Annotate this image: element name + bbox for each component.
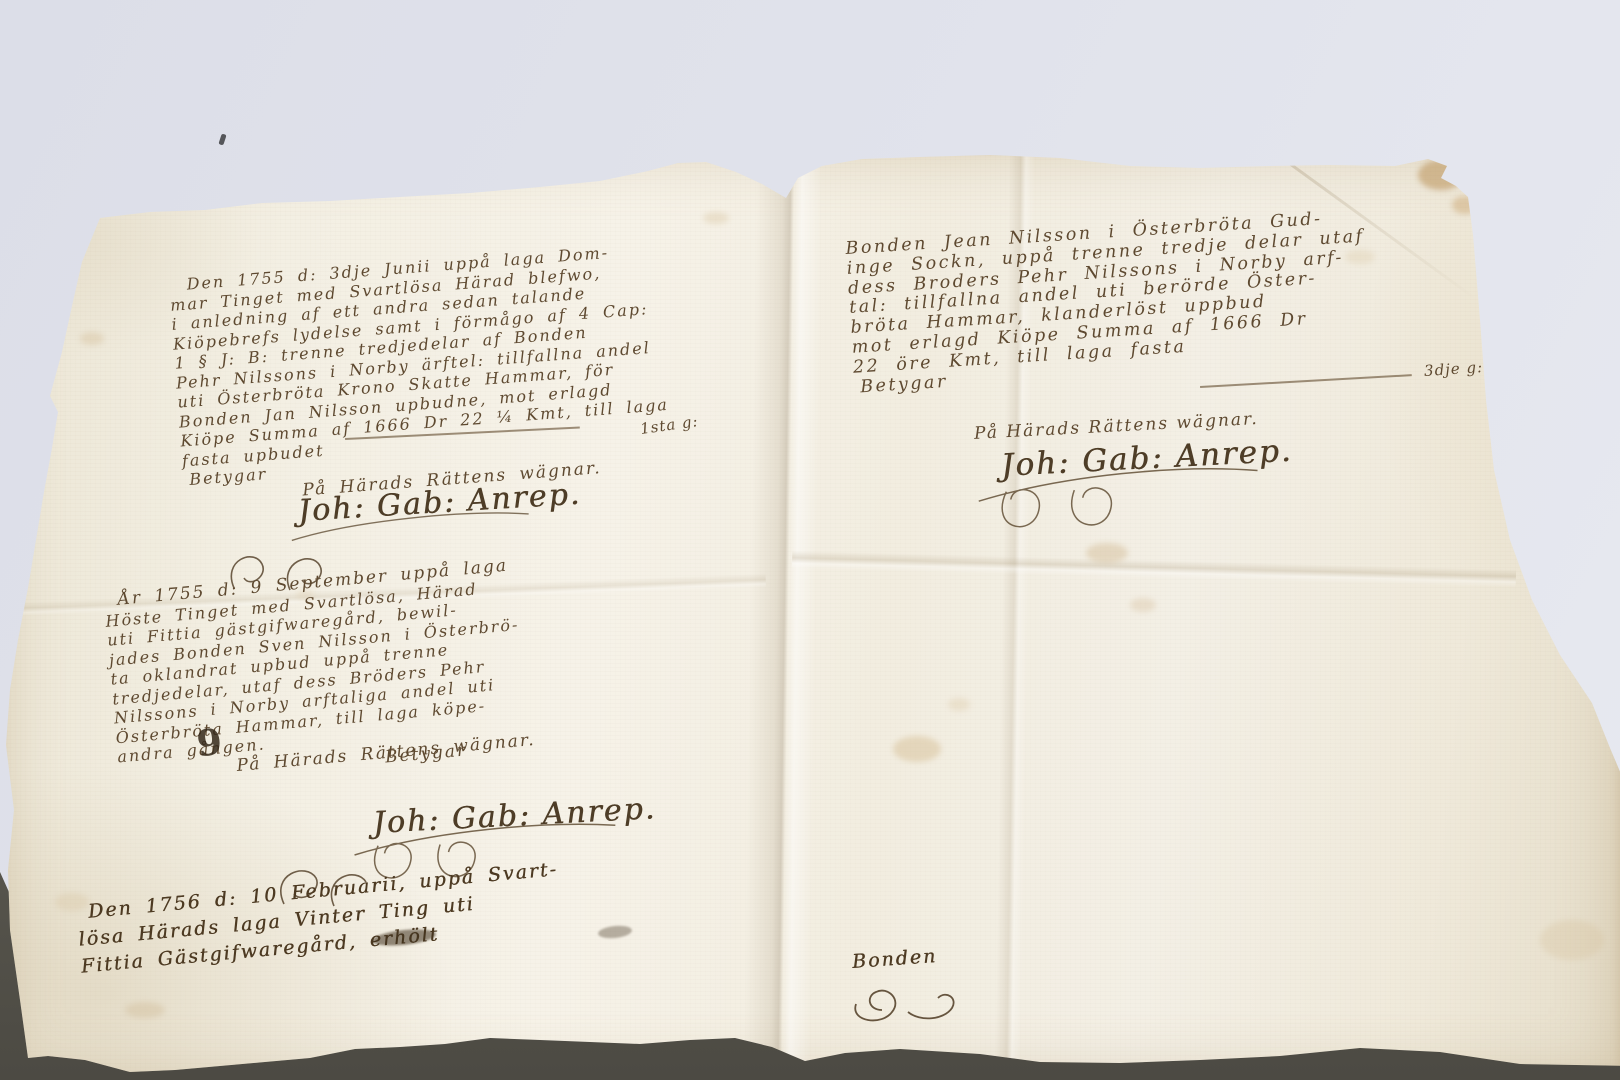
court-entry-1755-june: Den 1755 d: 3dje Junii uppå laga Dom- ma… [168, 239, 674, 509]
court-entry-right-page: Bonden Jean Nilsson i Österbröta Gud- in… [845, 207, 1373, 398]
paper-stain [125, 1002, 165, 1018]
paper-stain [948, 698, 970, 711]
paper-stain [1130, 598, 1156, 612]
paper-stain [80, 332, 104, 345]
paper-stain [893, 736, 941, 762]
paper-stain [1540, 920, 1604, 960]
pen-flourish [848, 982, 968, 1026]
ink-blot-numeral: 9 [195, 721, 225, 766]
photograph: Den 1755 d: 3dje Junii uppå laga Dom- ma… [0, 0, 1620, 1080]
paper-stain [703, 212, 729, 224]
paper-stain [1086, 543, 1128, 563]
court-entry-1755-september: År 1755 d: 9 September uppå laga Höste T… [103, 556, 536, 787]
